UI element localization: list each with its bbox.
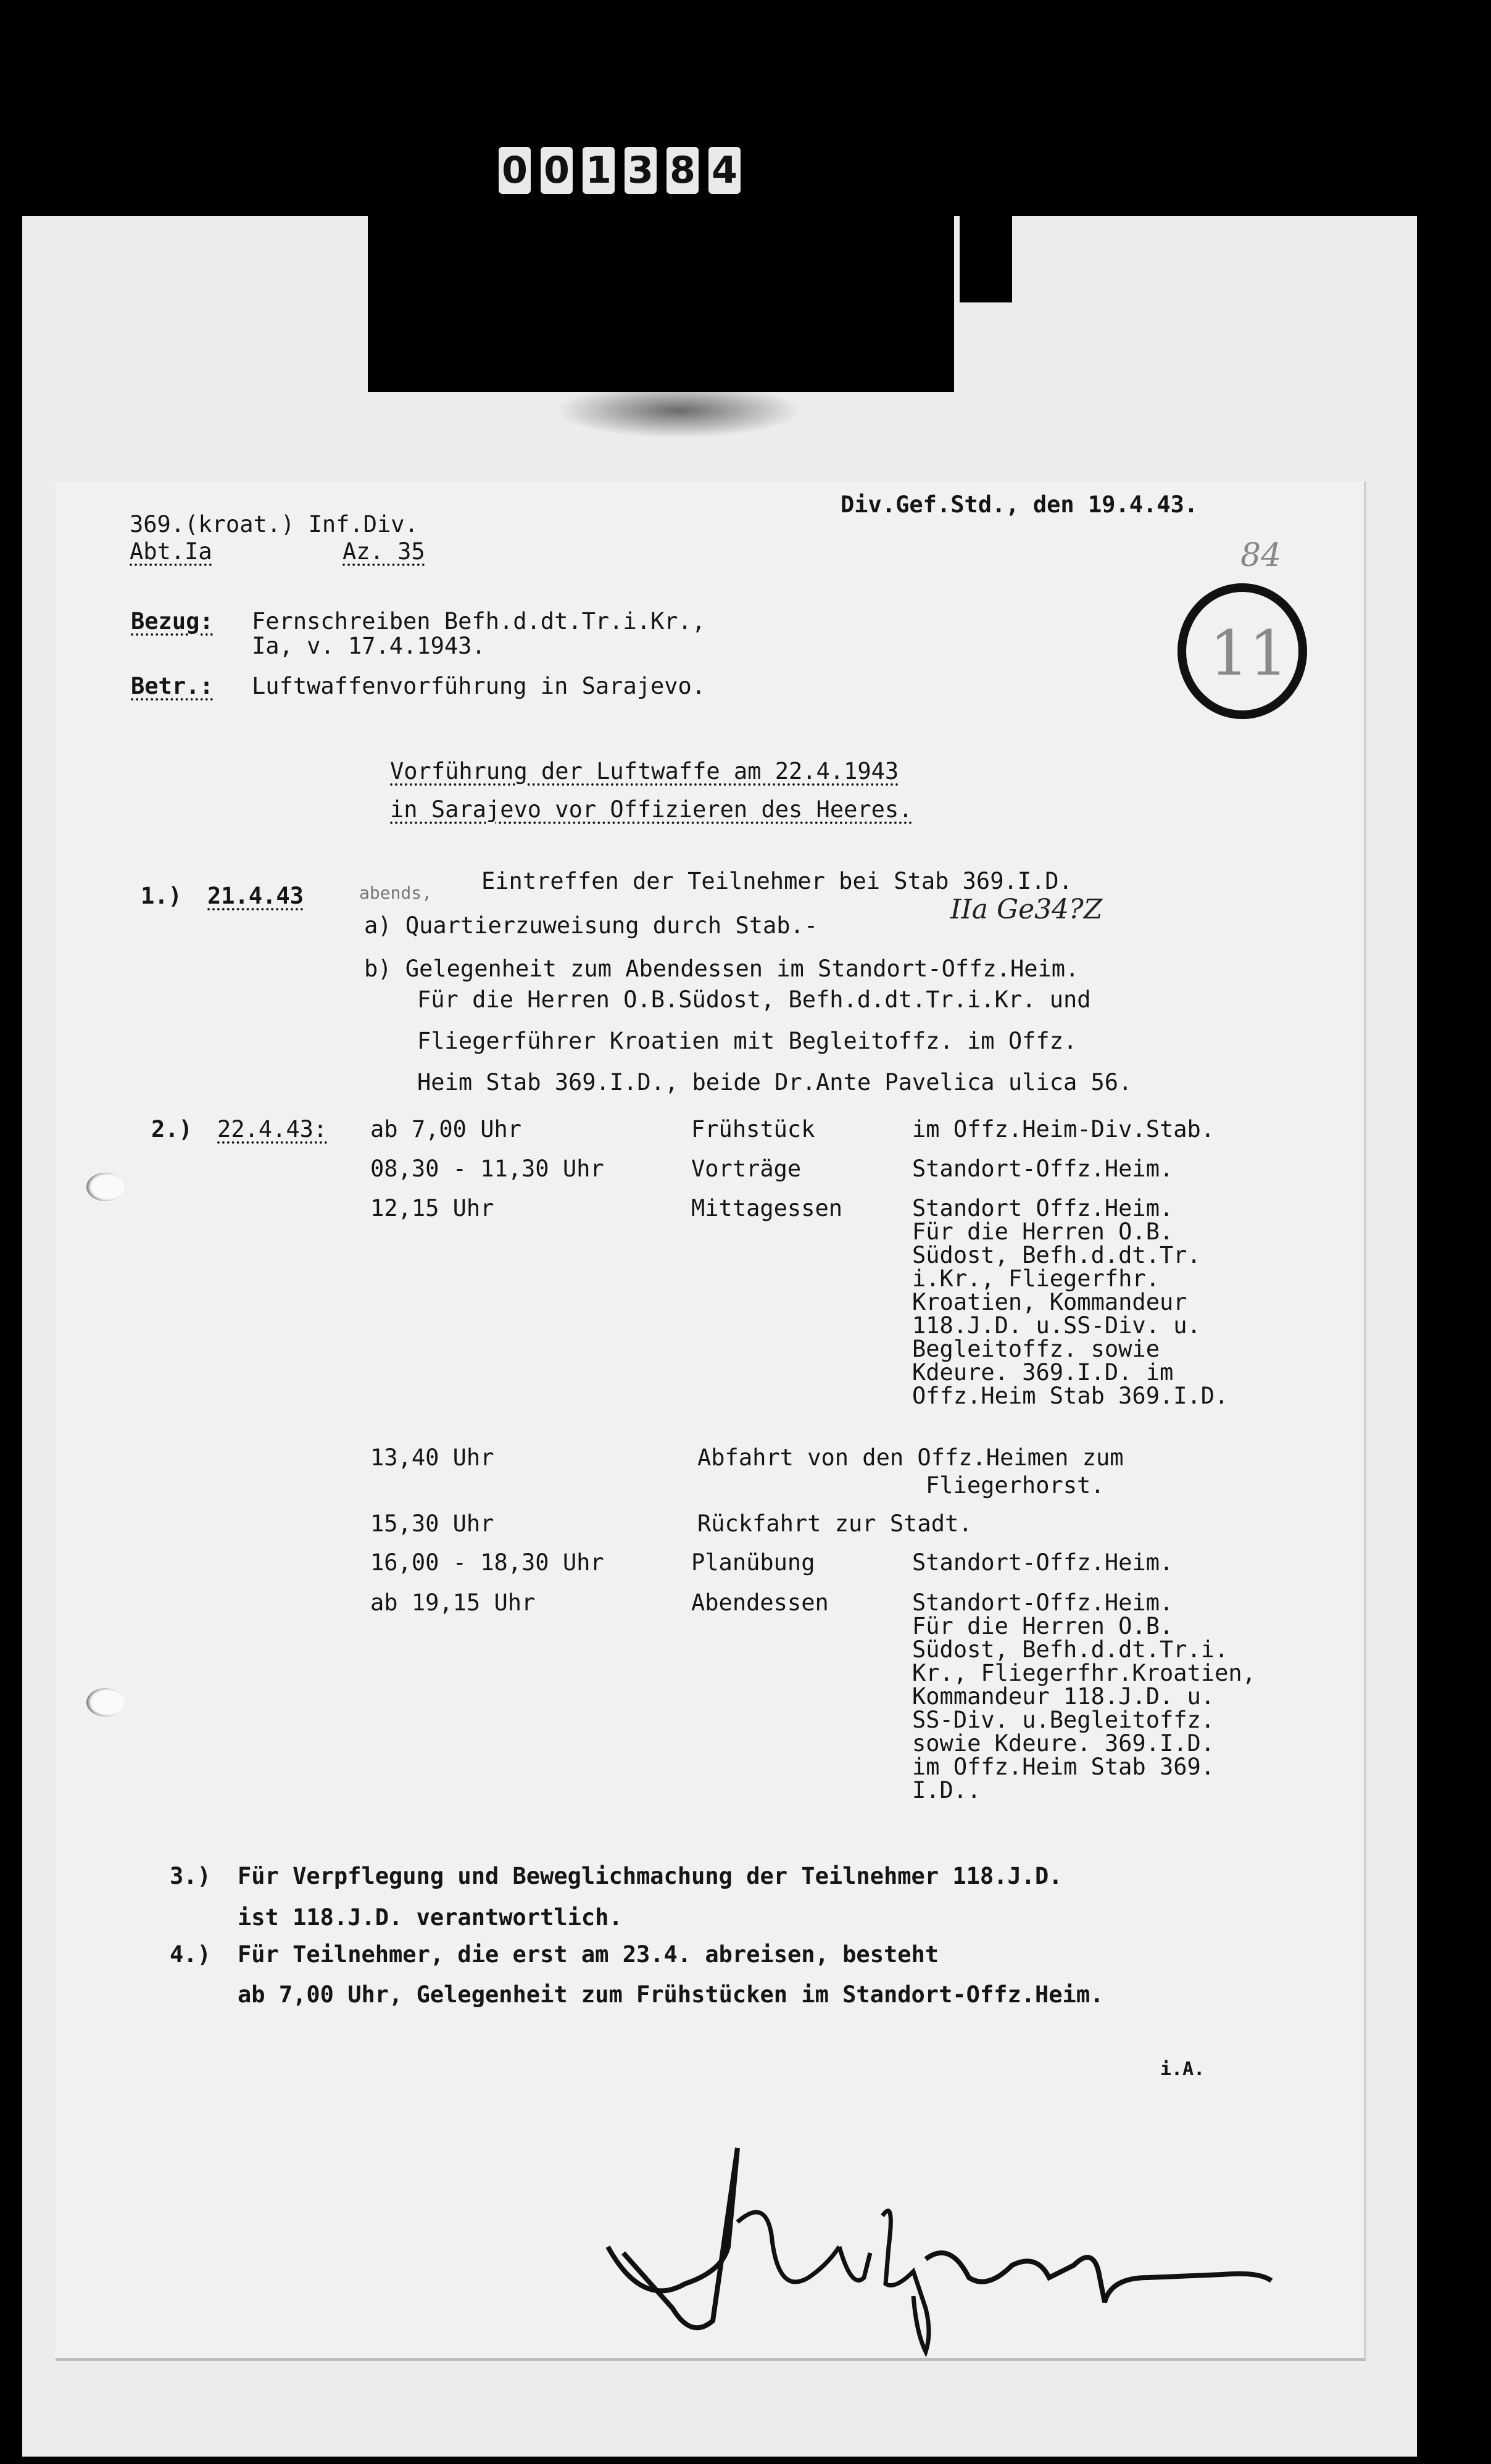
- place-date: Div.Gef.Std., den 19.4.43.: [841, 491, 1198, 518]
- schedule-time: 16,00 - 18,30 Uhr: [370, 1549, 604, 1576]
- counter-digit: 3: [625, 147, 657, 194]
- section-1b-line: Fliegerführer Kroatien mit Begleitoffz. …: [417, 1028, 1077, 1054]
- closing-marks: i.A.: [1160, 2058, 1205, 2080]
- file-reference: Az. 35: [343, 538, 425, 565]
- schedule-place: im Offz.Heim-Div.Stab.: [912, 1116, 1215, 1143]
- schedule-event: Abfahrt von den Offz.Heimen zum: [697, 1444, 1124, 1471]
- schedule-place: Für die Herren O.B.: [912, 1218, 1173, 1245]
- bezug-text: Fernschreiben Befh.d.dt.Tr.i.Kr.,: [252, 608, 705, 635]
- betr-text: Luftwaffenvorführung in Sarajevo.: [252, 673, 705, 699]
- archive-frame-counter: 0 0 1 3 8 4: [499, 147, 741, 194]
- schedule-place: Südost, Befh.d.dt.Tr.: [912, 1242, 1201, 1268]
- schedule-place: Kdeure. 369.I.D. im: [912, 1359, 1173, 1386]
- schedule-place: Offz.Heim Stab 369.I.D.: [912, 1383, 1228, 1409]
- department: Abt.Ia: [130, 538, 212, 565]
- schedule-place: 118.J.D. u.SS-Div. u.: [912, 1312, 1201, 1339]
- schedule-place: Für die Herren O.B.: [912, 1613, 1173, 1639]
- section-3-line: Für Verpflegung und Beweglichmachung der…: [238, 1863, 1063, 1889]
- schedule-place: Standort-Offz.Heim.: [912, 1155, 1173, 1182]
- schedule-place: Kr., Fliegerfhr.Kroatien,: [912, 1660, 1256, 1686]
- schedule-event: Vorträge: [691, 1155, 801, 1182]
- schedule-event: Mittagessen: [691, 1195, 842, 1222]
- schedule-place: SS-Div. u.Begleitoffz.: [912, 1707, 1215, 1733]
- section-1b-line: Heim Stab 369.I.D., beide Dr.Ante Paveli…: [417, 1069, 1132, 1096]
- document-subtitle: in Sarajevo vor Offizieren des Heeres.: [390, 796, 912, 823]
- schedule-place: im Offz.Heim Stab 369.: [912, 1754, 1215, 1780]
- section-4-number: 4.): [170, 1941, 211, 1968]
- schedule-place: Begleitoffz. sowie: [912, 1336, 1160, 1362]
- section-4-line: ab 7,00 Uhr, Gelegenheit zum Frühstücken…: [238, 1981, 1103, 2008]
- schedule-place: Standort-Offz.Heim.: [912, 1549, 1173, 1576]
- schedule-place: i.Kr., Fliegerfhr.: [912, 1265, 1160, 1292]
- betr-label: Betr.:: [131, 673, 214, 699]
- schedule-place: Kroatien, Kommandeur: [912, 1289, 1187, 1315]
- schedule-place: I.D..: [912, 1777, 981, 1804]
- punch-hole: [86, 1173, 125, 1201]
- circled-number: 11: [1210, 617, 1288, 689]
- section-3-number: 3.): [170, 1863, 211, 1889]
- section-1-time: abends,: [359, 883, 432, 903]
- schedule-place: Fliegerhorst.: [926, 1472, 1105, 1499]
- bezug-text-2: Ia, v. 17.4.1943.: [252, 633, 486, 659]
- document-title: Vorführung der Luftwaffe am 22.4.1943: [390, 758, 899, 785]
- counter-digit: 1: [583, 147, 615, 194]
- schedule-event: Frühstück: [691, 1116, 815, 1143]
- schedule-event: Planübung: [691, 1549, 815, 1576]
- schedule-time: 15,30 Uhr: [370, 1510, 494, 1537]
- section-2-number: 2.): [151, 1116, 193, 1143]
- schedule-place: Standort-Offz.Heim.: [912, 1589, 1173, 1616]
- schedule-place: Standort Offz.Heim.: [912, 1195, 1173, 1222]
- section-1b-line: Für die Herren O.B.Südost, Befh.d.dt.Tr.…: [417, 986, 1091, 1013]
- counter-digit: 4: [708, 147, 741, 194]
- handwritten-page-number: 84: [1240, 537, 1281, 574]
- section-1a: a) Quartierzuweisung durch Stab.-: [364, 912, 818, 939]
- section-2-date: 22.4.43:: [217, 1116, 327, 1143]
- schedule-time: 12,15 Uhr: [370, 1195, 494, 1222]
- schedule-time: 08,30 - 11,30 Uhr: [370, 1155, 604, 1182]
- schedule-place: Kommandeur 118.J.D. u.: [912, 1683, 1215, 1710]
- section-1-text: Eintreffen der Teilnehmer bei Stab 369.I…: [481, 868, 1073, 894]
- clip-shadow: [555, 383, 802, 438]
- punch-hole: [86, 1688, 125, 1717]
- counter-digit: 0: [499, 147, 531, 194]
- schedule-place: sowie Kdeure. 369.I.D.: [912, 1730, 1215, 1757]
- section-1-date: 21.4.43: [207, 883, 304, 909]
- section-1-number: 1.): [141, 883, 182, 909]
- binder-clip-arm: [960, 154, 1012, 302]
- schedule-event: Rückfahrt zur Stadt.: [697, 1510, 973, 1537]
- unit-name: 369.(kroat.) Inf.Div.: [130, 511, 418, 538]
- bezug-label: Bezug:: [131, 608, 214, 635]
- schedule-place: Südost, Befh.d.dt.Tr.i.: [912, 1636, 1228, 1663]
- schedule-time: 13,40 Uhr: [370, 1444, 494, 1471]
- schedule-time: ab 7,00 Uhr: [370, 1116, 521, 1143]
- section-1b-line: b) Gelegenheit zum Abendessen im Standor…: [364, 955, 1079, 982]
- binder-clip: [368, 216, 954, 392]
- counter-digit: 0: [541, 147, 573, 194]
- counter-digit: 8: [667, 147, 699, 194]
- section-4-line: Für Teilnehmer, die erst am 23.4. abreis…: [238, 1941, 939, 1968]
- schedule-event: Abendessen: [691, 1589, 829, 1616]
- section-3-line: ist 118.J.D. verantwortlich.: [238, 1904, 623, 1931]
- signature: [605, 2123, 1345, 2358]
- schedule-time: ab 19,15 Uhr: [370, 1589, 535, 1616]
- handwritten-note: IIa Ge34?Z: [950, 894, 1102, 925]
